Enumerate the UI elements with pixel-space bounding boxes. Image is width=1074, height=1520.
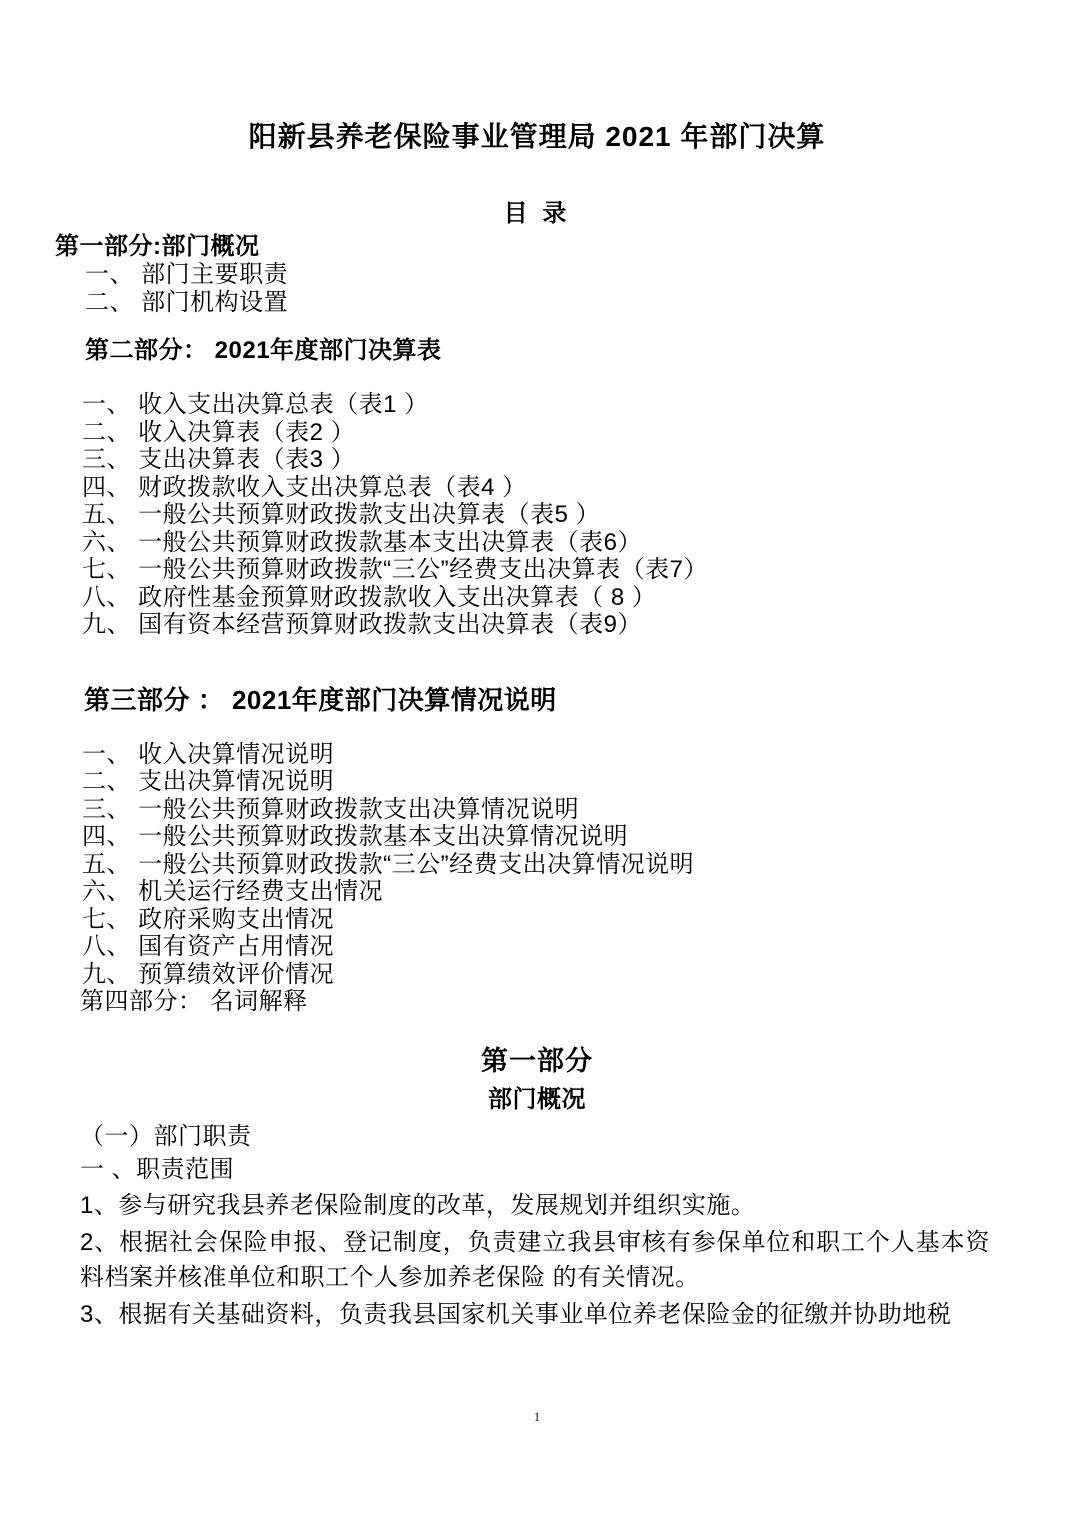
toc-part2-item: 七、 一般公共预算财政拨款“三公”经费支出决算表（表7） [82, 556, 1074, 584]
toc-part1-item: 二、 部门机构设置 [85, 289, 1074, 317]
toc-part2-item: 三、 支出决算表（表3 ） [82, 446, 1074, 474]
duty-paragraph: 1、参与研究我县养老保险制度的改革，发展规划并组织实施。 [80, 1188, 990, 1223]
section-one-body: （一）部门职责 一 、职责范围 1、参与研究我县养老保险制度的改革，发展规划并组… [80, 1120, 990, 1332]
toc-part3-item: 六、 机关运行经费支出情况 [82, 878, 1074, 906]
toc-part3-item: 二、 支出决算情况说明 [82, 768, 1074, 796]
toc-part2-item: 九、 国有资本经营预算财政拨款支出决算表（表9） [82, 611, 1074, 639]
toc-part3-item: 九、 预算绩效评价情况 [82, 961, 1074, 989]
toc-part2-item: 八、 政府性基金预算财政拨款收入支出决算表（ 8 ） [82, 584, 1074, 612]
section-one-heading: 第一部分 [0, 1044, 1074, 1078]
toc-part2-heading: 第二部分： 2021年度部门决算表 [85, 337, 1074, 365]
toc-part3-item: 七、 政府采购支出情况 [82, 906, 1074, 934]
page-number: 1 [0, 1409, 1074, 1425]
duty-paragraph: 2、根据社会保险申报、登记制度，负责建立我县审核有参保单位和职工个人基本资料档案… [80, 1225, 990, 1295]
toc-part3-item: 一、 收入决算情况说明 [82, 741, 1074, 769]
toc-part3-item: 五、 一般公共预算财政拨款“三公”经费支出决算情况说明 [82, 851, 1074, 879]
toc-part2-item: 五、 一般公共预算财政拨款支出决算表（表5 ） [82, 501, 1074, 529]
toc-part3-item: 四、 一般公共预算财政拨款基本支出决算情况说明 [82, 823, 1074, 851]
document-page: 阳新县养老保险事业管理局 2021 年部门决算 目 录 第一部分:部门概况 一、… [0, 0, 1074, 1520]
duty-heading-line: （一）部门职责 [80, 1120, 990, 1153]
toc-part2-item-list: 一、 收入支出决算总表（表1 ） 二、 收入决算表（表2 ） 三、 支出决算表（… [0, 391, 1074, 639]
toc-part4-heading: 第四部分： 名词解释 [80, 988, 1074, 1016]
duty-paragraph: 3、根据有关基础资料，负责我县国家机关事业单位养老保险金的征缴并协助地税 [80, 1297, 990, 1332]
toc-part2-item: 二、 收入决算表（表2 ） [82, 419, 1074, 447]
toc-part3-heading: 第三部分 ： 2021年度部门决算情况说明 [84, 683, 1074, 717]
duty-scope-line: 一 、职责范围 [80, 1153, 990, 1186]
toc-part1-heading: 第一部分:部门概况 [55, 233, 1074, 261]
toc-part3-item: 三、 一般公共预算财政拨款支出决算情况说明 [82, 796, 1074, 824]
toc-part1-item: 一、 部门主要职责 [85, 261, 1074, 289]
toc-heading: 目 录 [0, 200, 1074, 228]
toc-part2-item: 一、 收入支出决算总表（表1 ） [82, 391, 1074, 419]
section-one-subheading: 部门概况 [0, 1086, 1074, 1114]
toc-part3-item-list: 一、 收入决算情况说明 二、 支出决算情况说明 三、 一般公共预算财政拨款支出决… [0, 741, 1074, 1016]
toc-part3-item: 八、 国有资产占用情况 [82, 933, 1074, 961]
toc-part2-item: 六、 一般公共预算财政拨款基本支出决算表（表6） [82, 529, 1074, 557]
document-title: 阳新县养老保险事业管理局 2021 年部门决算 [0, 0, 1074, 153]
toc-part2-item: 四、 财政拨款收入支出决算总表（表4 ） [82, 474, 1074, 502]
